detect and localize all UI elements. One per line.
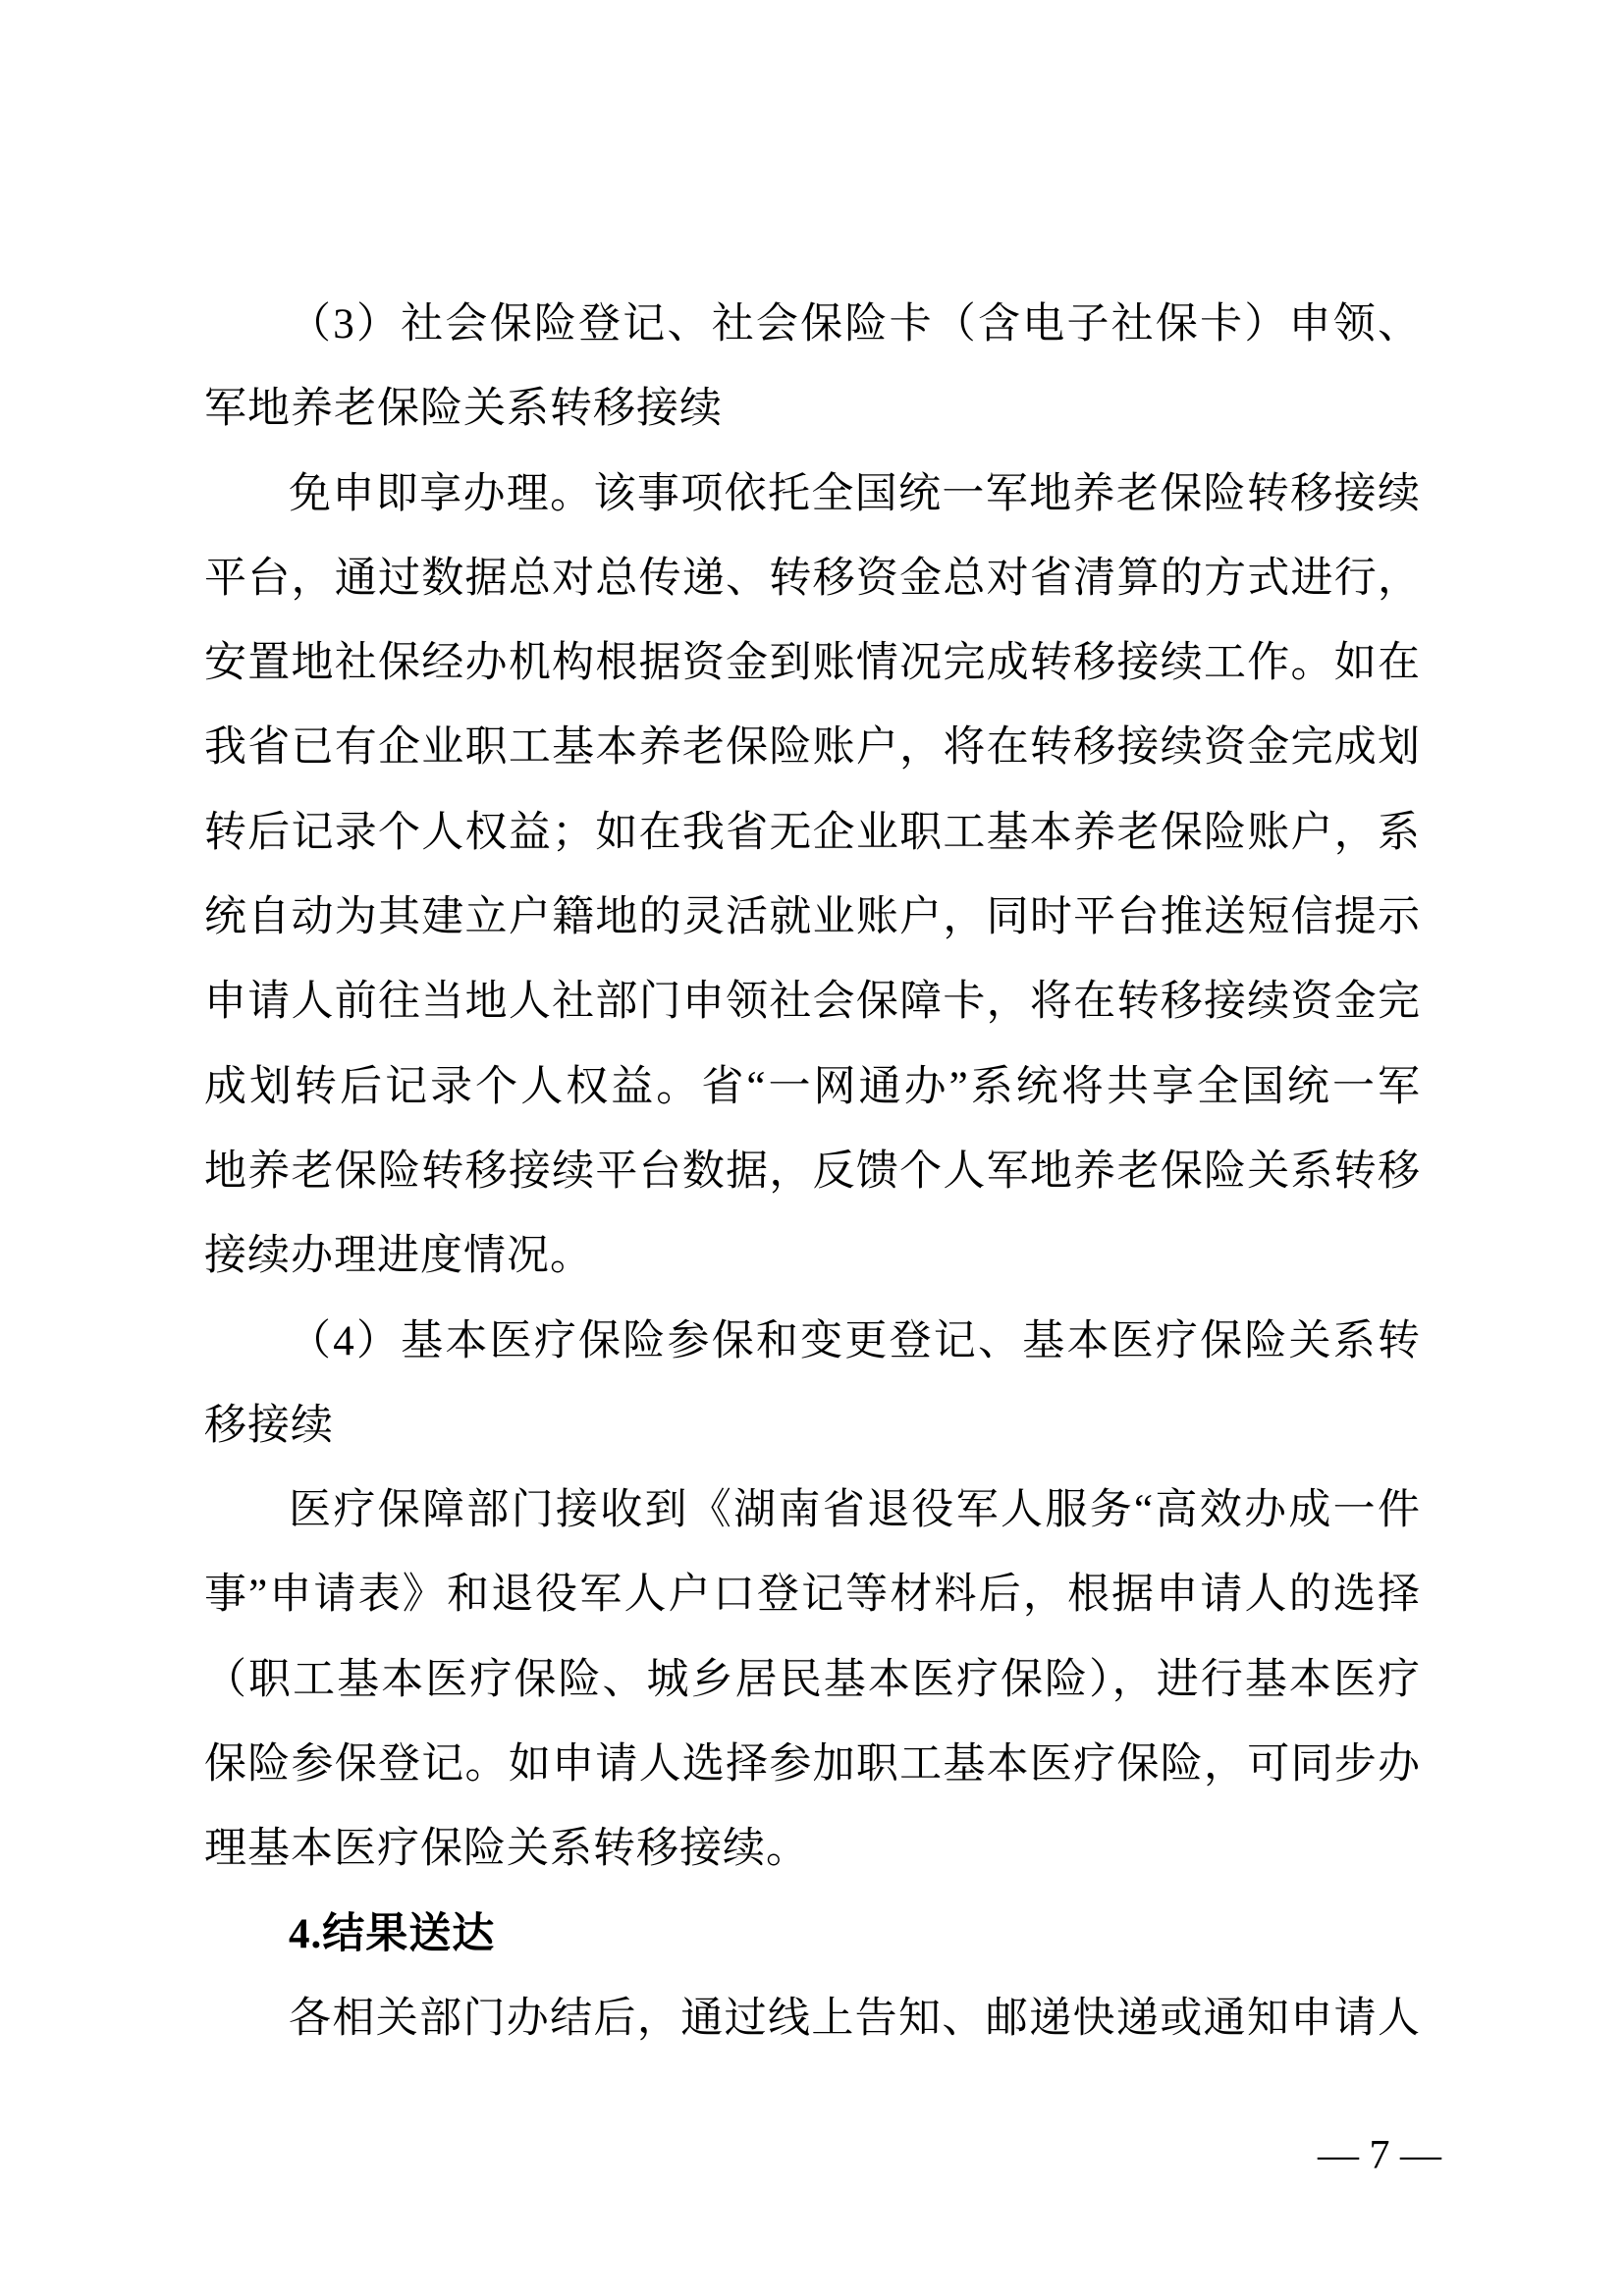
text-line: 免申即享办理。该事项依托全国统一军地养老保险转移接续 [204,453,1420,537]
text-line: 接续办理进度情况。 [204,1214,1420,1299]
document-page: （3）社会保险登记、社会保险卡（含电子社保卡）申领、军地养老保险关系转移接续免申… [0,0,1624,2296]
text-line: 保险参保登记。如申请人选择参加职工基本医疗保险，可同步办 [204,1723,1420,1807]
text-line: 移接续 [204,1384,1420,1468]
document-body: （3）社会保险登记、社会保险卡（含电子社保卡）申领、军地养老保险关系转移接续免申… [204,283,1420,2061]
text-line: （4）基本医疗保险参保和变更登记、基本医疗保险关系转 [204,1300,1420,1384]
text-line: 我省已有企业职工基本养老保险账户，将在转移接续资金完成划 [204,706,1420,790]
text-line: 军地养老保险关系转移接续 [204,367,1420,452]
text-line: 理基本医疗保险关系转移接续。 [204,1807,1420,1892]
text-line: 成划转后记录个人权益。省“一网通办”系统将共享全国统一军 [204,1045,1420,1130]
text-line: 安置地社保经办机构根据资金到账情况完成转移接续工作。如在 [204,621,1420,706]
text-line: 统自动为其建立户籍地的灵活就业账户，同时平台推送短信提示 [204,876,1420,960]
text-line: 申请人前往当地人社部门申领社会保障卡，将在转移接续资金完 [204,960,1420,1044]
text-line: 地养老保险转移接续平台数据，反馈个人军地养老保险关系转移 [204,1130,1420,1214]
text-line: 转后记录个人权益；如在我省无企业职工基本养老保险账户，系 [204,791,1420,876]
text-line: 各相关部门办结后，通过线上告知、邮递快递或通知申请人 [204,1977,1420,2061]
section-heading-line: 4.结果送达 [204,1893,1420,1977]
text-line: 医疗保障部门接收到《湖南省退役军人服务“高效办成一件 [204,1468,1420,1553]
text-line: 平台，通过数据总对总传递、转移资金总对省清算的方式进行， [204,537,1420,621]
text-line: （3）社会保险登记、社会保险卡（含电子社保卡）申领、 [204,283,1420,367]
text-line: （职工基本医疗保险、城乡居民基本医疗保险），进行基本医疗 [204,1638,1420,1723]
text-line: 事”申请表》和退役军人户口登记等材料后，根据申请人的选择 [204,1553,1420,1637]
page-number: — 7 — [1311,2132,1448,2179]
